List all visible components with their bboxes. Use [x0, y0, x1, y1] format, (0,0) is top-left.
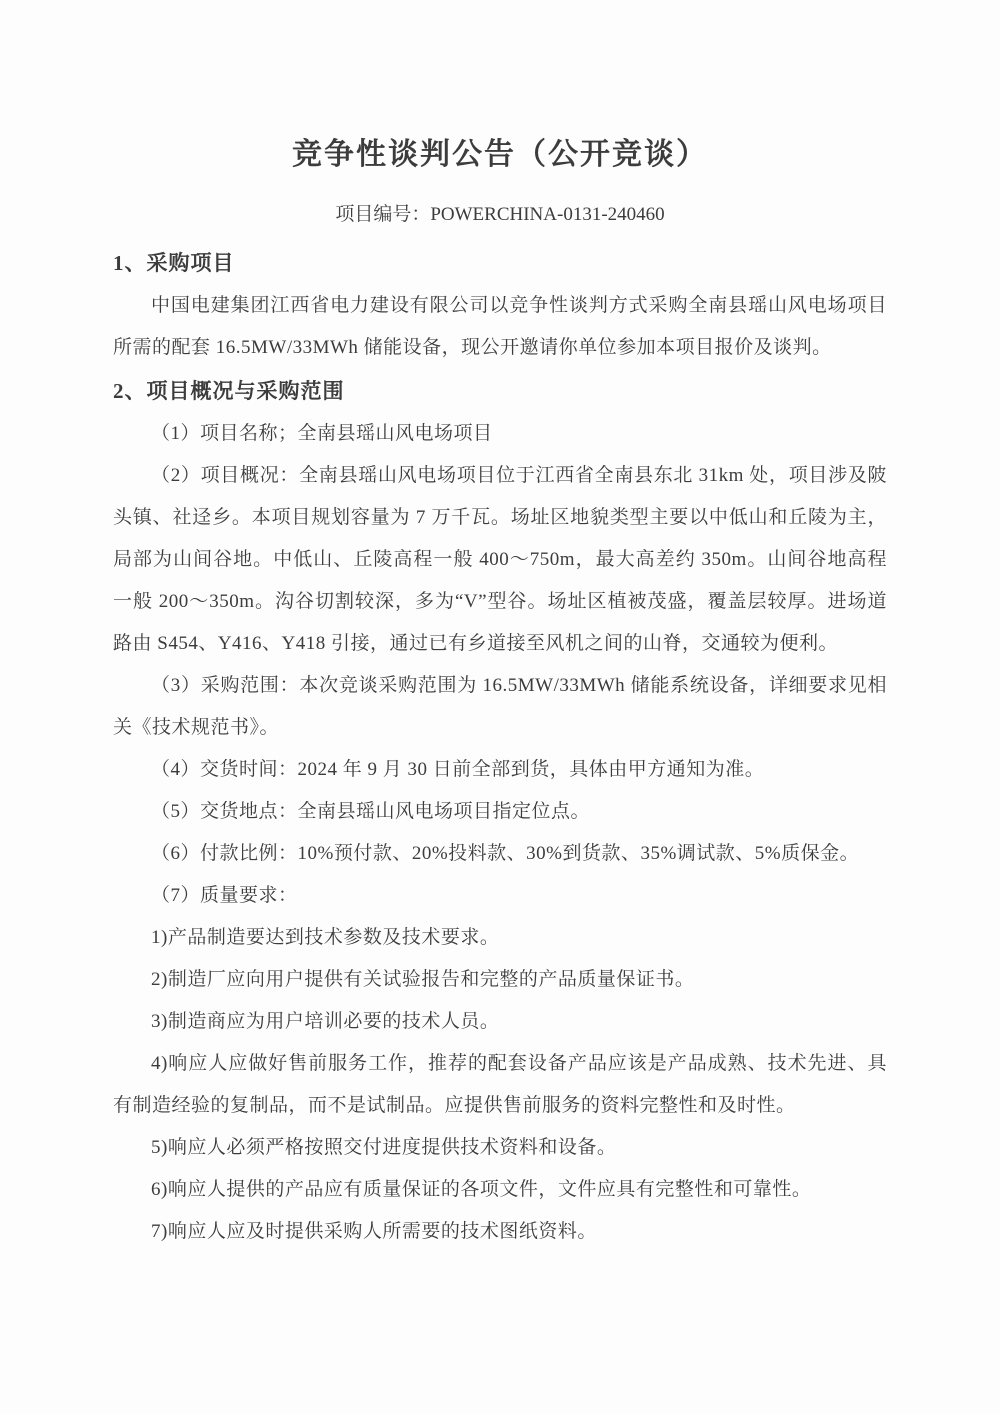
quality-item-1: 1)产品制造要达到技术参数及技术要求。 [113, 917, 887, 959]
section-2-heading: 2、项目概况与采购范围 [113, 369, 887, 413]
item-project-name: （1）项目名称；全南县瑶山风电场项目 [113, 413, 887, 455]
quality-item-4: 4)响应人应做好售前服务工作，推荐的配套设备产品应该是产品成熟、技术先进、具有制… [113, 1043, 887, 1127]
doc-title: 竞争性谈判公告（公开竞谈） [113, 135, 887, 175]
document-page: 竞争性谈判公告（公开竞谈） 项目编号：POWERCHINA-0131-24046… [0, 0, 1000, 1414]
item-payment-ratio: （6）付款比例：10%预付款、20%投料款、30%到货款、35%调试款、5%质保… [113, 833, 887, 875]
item-project-overview: （2）项目概况：全南县瑶山风电场项目位于江西省全南县东北 31km 处，项目涉及… [113, 455, 887, 665]
quality-item-2: 2)制造厂应向用户提供有关试验报告和完整的产品质量保证书。 [113, 959, 887, 1001]
quality-item-6: 6)响应人提供的产品应有质量保证的各项文件，文件应具有完整性和可靠性。 [113, 1169, 887, 1211]
item-delivery-location: （5）交货地点：全南县瑶山风电场项目指定位点。 [113, 791, 887, 833]
quality-item-7: 7)响应人应及时提供采购人所需要的技术图纸资料。 [113, 1211, 887, 1253]
doc-project-number: 项目编号：POWERCHINA-0131-240460 [113, 203, 887, 227]
section-1-heading: 1、采购项目 [113, 241, 887, 285]
quality-item-5: 5)响应人必须严格按照交付进度提供技术资料和设备。 [113, 1127, 887, 1169]
item-quality-requirements: （7）质量要求： [113, 875, 887, 917]
item-delivery-time: （4）交货时间：2024 年 9 月 30 日前全部到货，具体由甲方通知为准。 [113, 749, 887, 791]
section-1-paragraph: 中国电建集团江西省电力建设有限公司以竞争性谈判方式采购全南县瑶山风电场项目所需的… [113, 285, 887, 369]
quality-item-3: 3)制造商应为用户培训必要的技术人员。 [113, 1001, 887, 1043]
item-procurement-scope: （3）采购范围：本次竞谈采购范围为 16.5MW/33MWh 储能系统设备，详细… [113, 665, 887, 749]
